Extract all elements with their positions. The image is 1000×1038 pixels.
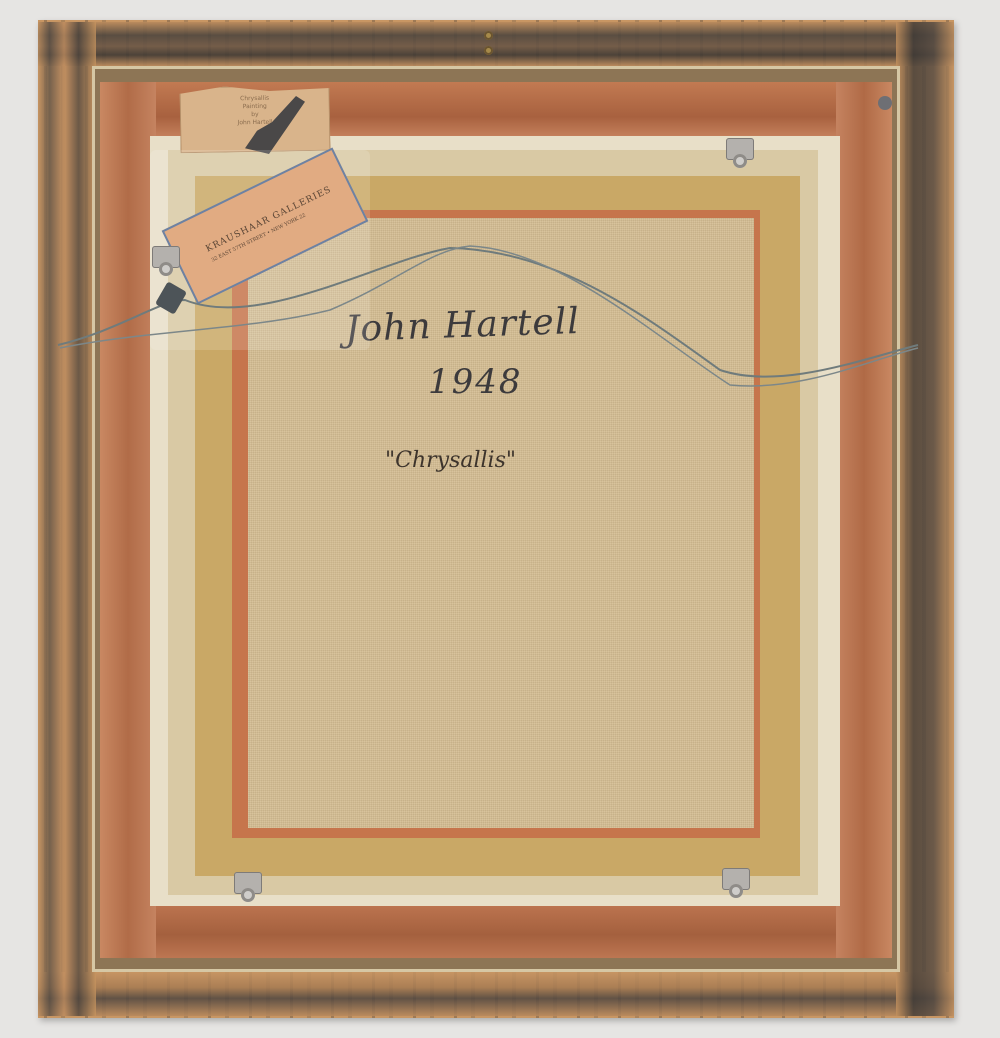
hanging-wire-icon bbox=[0, 0, 1000, 1038]
